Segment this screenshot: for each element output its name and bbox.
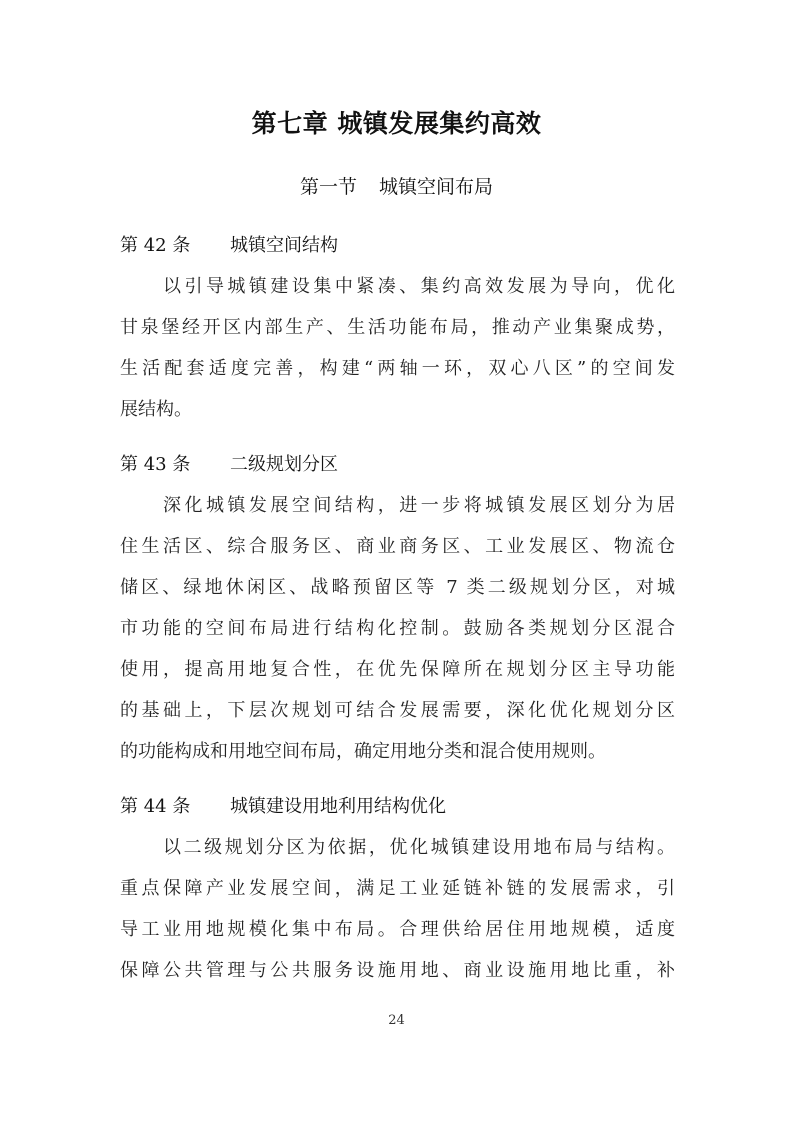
paragraph-line: 深化城镇发展空间结构，进一步将城镇发展区划分为居 xyxy=(163,491,675,517)
article-44-heading: 第 44 条城镇建设用地利用结构优化 xyxy=(120,792,446,818)
paragraph-line: 导工业用地规模化集中布局。合理供给居住用地规模，适度 xyxy=(120,915,675,941)
paragraph-line: 住生活区、综合服务区、商业商务区、工业发展区、物流仓 xyxy=(120,532,675,558)
paragraph-line: 以二级规划分区为依据，优化城镇建设用地布局与结构。 xyxy=(163,833,675,859)
article-number: 第 42 条 xyxy=(120,231,230,257)
paragraph-line: 生活配套适度完善，构建“两轴一环，双心八区”的空间发 xyxy=(120,354,675,380)
article-number: 第 44 条 xyxy=(120,792,230,818)
paragraph-line: 的功能构成和用地空间布局，确定用地分类和混合使用规则。 xyxy=(120,737,675,763)
section-name: 城镇空间布局 xyxy=(379,176,493,198)
paragraph-line: 使用，提高用地复合性，在优先保障所在规划分区主导功能 xyxy=(120,655,675,681)
article-title: 二级规划分区 xyxy=(230,454,338,475)
chapter-title: 第七章 城镇发展集约高效 xyxy=(0,104,793,140)
paragraph-line: 保障公共管理与公共服务设施用地、商业设施用地比重，补 xyxy=(120,956,675,982)
article-42-heading: 第 42 条城镇空间结构 xyxy=(120,231,338,257)
paragraph-line: 以引导城镇建设集中紧凑、集约高效发展为导向，优化 xyxy=(163,272,675,298)
paragraph-line: 甘泉堡经开区内部生产、生活功能布局，推动产业集聚成势， xyxy=(120,313,675,339)
article-title: 城镇建设用地利用结构优化 xyxy=(230,796,446,817)
article-43-heading: 第 43 条二级规划分区 xyxy=(120,450,338,476)
paragraph-line: 重点保障产业发展空间，满足工业延链补链的发展需求，引 xyxy=(120,874,675,900)
paragraph-line: 展结构。 xyxy=(120,395,675,421)
page-number: 24 xyxy=(0,1013,793,1028)
section-title: 第一节城镇空间布局 xyxy=(0,172,793,199)
paragraph-line: 储区、绿地休闲区、战略预留区等 7 类二级规划分区，对城 xyxy=(120,573,675,599)
article-title: 城镇空间结构 xyxy=(230,235,338,256)
document-page: 第七章 城镇发展集约高效 第一节城镇空间布局 第 42 条城镇空间结构 以引导城… xyxy=(0,0,793,1122)
article-number: 第 43 条 xyxy=(120,450,230,476)
paragraph-line: 市功能的空间布局进行结构化控制。鼓励各类规划分区混合 xyxy=(120,614,675,640)
section-number: 第一节 xyxy=(300,176,357,198)
paragraph-line: 的基础上，下层次规划可结合发展需要，深化优化规划分区 xyxy=(120,696,675,722)
